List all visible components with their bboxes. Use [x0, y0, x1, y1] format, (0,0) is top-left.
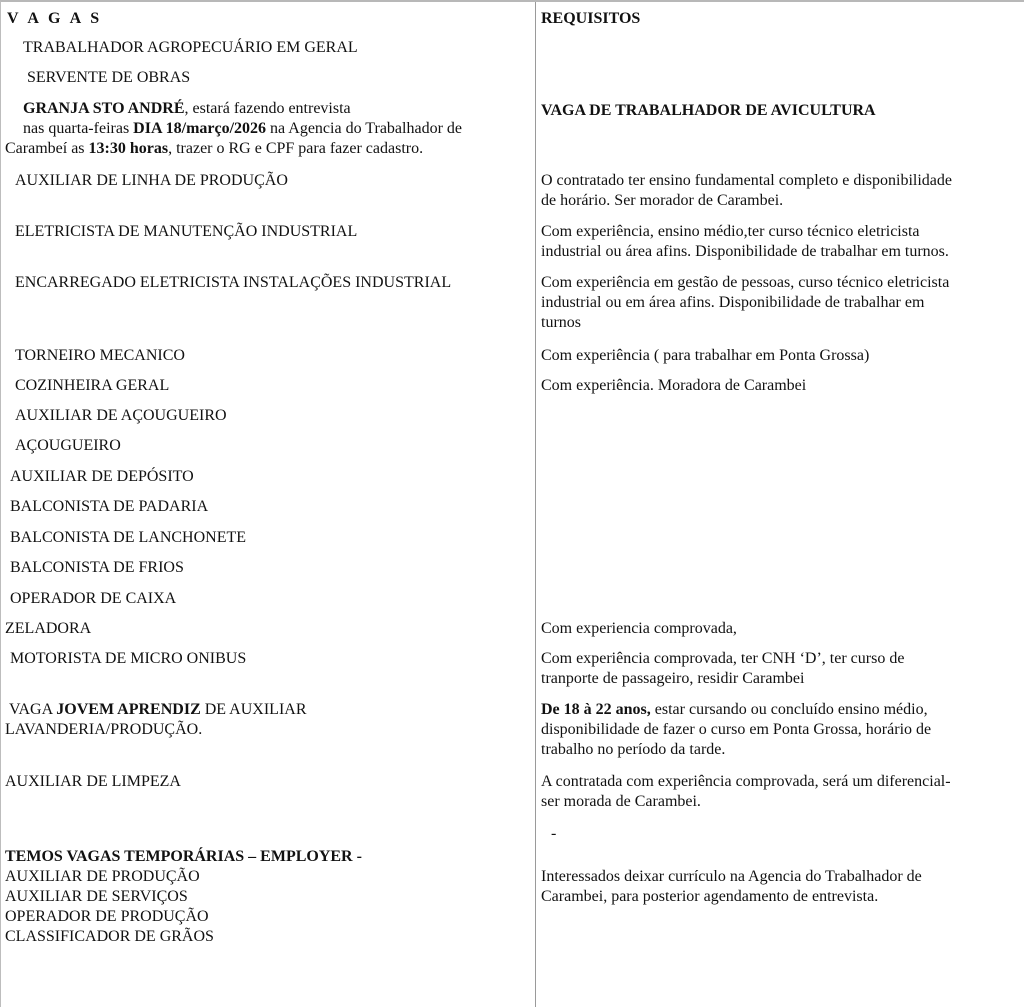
granja-line-2: nas quarta-feiras DIA 18/março/2026 na A…	[23, 119, 462, 139]
req-interessados-line: Carambei, para posterior agendamento de …	[541, 887, 878, 907]
granja-text-1: , estará fazendo entrevista	[185, 100, 351, 117]
req-aux-limpeza-line: A contratada com experiência comprovada,…	[541, 772, 951, 792]
req-cozinheira: Com experiência. Moradora de Carambei	[541, 376, 806, 396]
vaga-auxiliar-deposito: AUXILIAR DE DEPÓSITO	[10, 467, 194, 487]
req-zeladora: Com experiencia comprovada,	[541, 619, 737, 639]
vaga-acougueiro: AÇOUGUEIRO	[15, 436, 121, 456]
vaga-torneiro-mecanico: TORNEIRO MECANICO	[15, 346, 185, 366]
vaga-motorista-micro-onibus: MOTORISTA DE MICRO ONIBUS	[10, 649, 246, 669]
column-divider	[535, 2, 536, 1007]
req-jovem-rest: estar cursando ou concluído ensino médio…	[651, 701, 928, 718]
vaga-balconista-frios: BALCONISTA DE FRIOS	[10, 558, 184, 578]
req-dash: -	[551, 824, 556, 844]
req-aux-linha-line: O contratado ter ensino fundamental comp…	[541, 171, 952, 191]
temporaria-item: CLASSIFICADOR DE GRÃOS	[5, 927, 214, 947]
vaga-eletricista-manutencao: ELETRICISTA DE MANUTENÇÃO INDUSTRIAL	[15, 222, 357, 242]
req-encarregado-line: Com experiência em gestão de pessoas, cu…	[541, 273, 949, 293]
vaga-balconista-padaria: BALCONISTA DE PADARIA	[10, 497, 208, 517]
req-aux-limpeza-line: ser morada de Carambei.	[541, 792, 701, 812]
granja-name: GRANJA STO ANDRÉ	[23, 100, 185, 117]
req-aux-linha-line: de horário. Ser morador de Carambei.	[541, 191, 783, 211]
granja-text-3b: , trazer o RG e CPF para fazer cadastro.	[168, 140, 423, 157]
granja-text-3a: Carambeí as	[5, 140, 89, 157]
vaga-encarregado-eletricista: ENCARREGADO ELETRICISTA INSTALAÇÕES INDU…	[15, 273, 451, 293]
req-jovem-line-2: disponibilidade de fazer o curso em Pont…	[541, 720, 931, 740]
vaga-servente-obras: SERVENTE DE OBRAS	[27, 68, 190, 88]
temporaria-item: AUXILIAR DE PRODUÇÃO	[5, 867, 200, 887]
temporaria-item: AUXILIAR DE SERVIÇOS	[5, 887, 188, 907]
vaga-auxiliar-limpeza: AUXILIAR DE LIMPEZA	[5, 772, 181, 792]
vaga-balconista-lanchonete: BALCONISTA DE LANCHONETE	[10, 528, 246, 548]
job-listing-document: V A G A S TRABALHADOR AGROPECUÁRIO EM GE…	[0, 0, 1024, 1007]
granja-text-2a: nas quarta-feiras	[23, 120, 133, 137]
req-torneiro: Com experiência ( para trabalhar em Pont…	[541, 346, 869, 366]
granja-line-3: Carambeí as 13:30 horas, trazer o RG e C…	[5, 139, 423, 159]
req-interessados-line: Interessados deixar currículo na Agencia…	[541, 867, 922, 887]
temporarias-title: TEMOS VAGAS TEMPORÁRIAS – EMPLOYER -	[5, 847, 362, 867]
req-jovem-line-3: trabalho no período da tarde.	[541, 740, 725, 760]
granja-line-1: GRANJA STO ANDRÉ, estará fazendo entrevi…	[23, 99, 351, 119]
req-motorista-line: Com experiência comprovada, ter CNH ‘D’,…	[541, 649, 904, 669]
req-eletricista-line: Com experiência, ensino médio,ter curso …	[541, 222, 920, 242]
granja-date: DIA 18/março/2026	[133, 120, 266, 137]
jovem-post: DE AUXILIAR	[201, 701, 307, 718]
vaga-auxiliar-acougueiro: AUXILIAR DE AÇOUGUEIRO	[15, 406, 227, 426]
req-eletricista-line: industrial ou área afins. Disponibilidad…	[541, 242, 949, 262]
req-jovem-age: De 18 à 22 anos,	[541, 701, 651, 718]
vaga-jovem-aprendiz-line-1: VAGA JOVEM APRENDIZ DE AUXILIAR	[9, 700, 307, 720]
req-motorista-line: tranporte de passageiro, residir Carambe…	[541, 669, 804, 689]
vaga-jovem-aprendiz-line-2: LAVANDERIA/PRODUÇÃO.	[5, 720, 202, 740]
temporaria-item: OPERADOR DE PRODUÇÃO	[5, 907, 209, 927]
req-avicultura: VAGA DE TRABALHADOR DE AVICULTURA	[541, 101, 876, 121]
vaga-zeladora: ZELADORA	[5, 619, 91, 639]
vaga-operador-caixa: OPERADOR DE CAIXA	[10, 589, 176, 609]
req-encarregado-line: industrial ou em área afins. Disponibili…	[541, 293, 924, 313]
granja-time: 13:30 horas	[89, 140, 169, 157]
vaga-auxiliar-linha-producao: AUXILIAR DE LINHA DE PRODUÇÃO	[15, 171, 288, 191]
granja-text-2b: na Agencia do Trabalhador de	[266, 120, 462, 137]
vagas-header: V A G A S	[7, 9, 102, 29]
jovem-aprendiz-label: JOVEM APRENDIZ	[56, 701, 200, 718]
requisitos-header: REQUISITOS	[541, 9, 640, 29]
req-jovem-line-1: De 18 à 22 anos, estar cursando ou concl…	[541, 700, 928, 720]
req-encarregado-line: turnos	[541, 313, 581, 333]
vaga-trabalhador-agropecuario: TRABALHADOR AGROPECUÁRIO EM GERAL	[23, 38, 358, 58]
vaga-cozinheira-geral: COZINHEIRA GERAL	[15, 376, 169, 396]
jovem-pre: VAGA	[9, 701, 56, 718]
